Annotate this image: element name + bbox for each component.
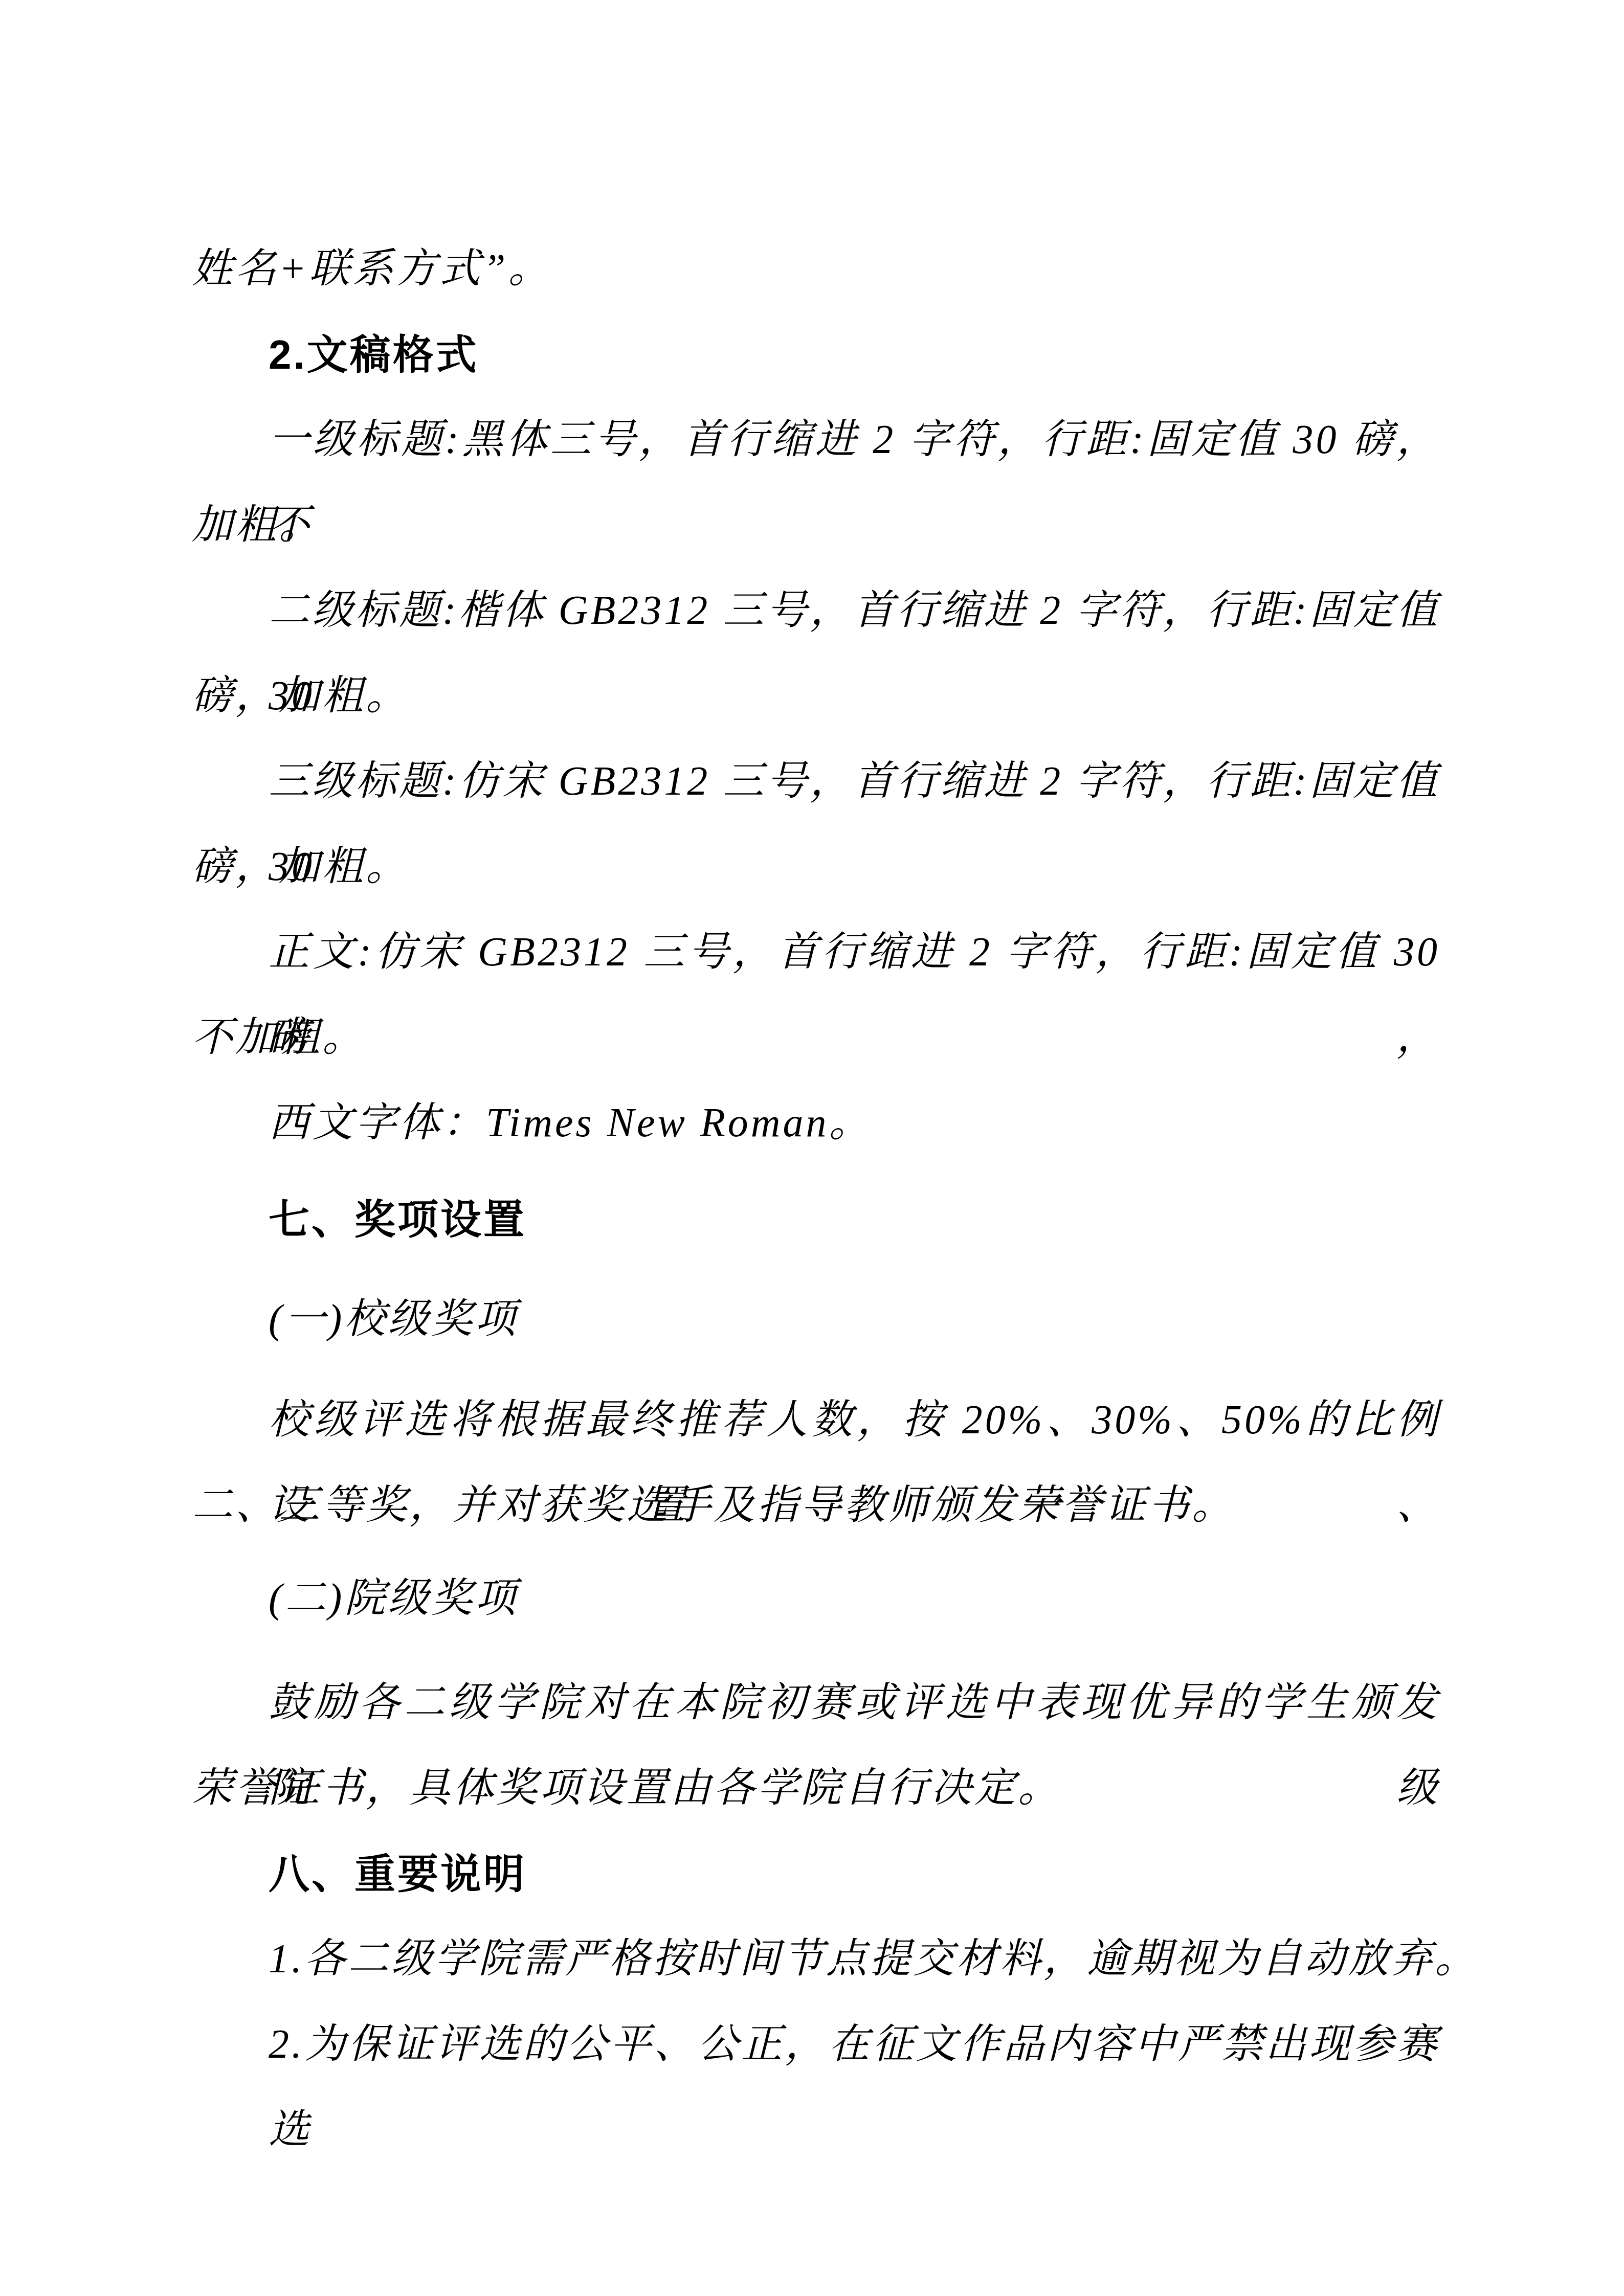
paragraph: 1.各二级学院需严格按时间节点提交材料，逾期视为自动放弃。 xyxy=(192,1917,1440,2002)
text-line: 二级标题:楷体 GB2312 三号，首行缩进 2 字符，行距:固定值 30 xyxy=(192,568,1440,654)
paragraph: 三级标题:仿宋 GB2312 三号，首行缩进 2 字符，行距:固定值 30 磅，… xyxy=(192,739,1440,910)
paragraph: 二级标题:楷体 GB2312 三号，首行缩进 2 字符，行距:固定值 30 磅，… xyxy=(192,568,1440,739)
heading-line: 八、重要说明 xyxy=(192,1831,1440,1917)
sub-heading-paragraph: (一)校级奖项 xyxy=(192,1277,1440,1362)
heading-line: 七、奖项设置 xyxy=(192,1177,1440,1262)
paragraph: 正文:仿宋 GB2312 三号，首行缩进 2 字符，行距:固定值 30 磅， 不… xyxy=(192,910,1440,1081)
text-line: 校级评选将根据最终推荐人数，按 20%、30%、50%的比例设置一、 xyxy=(192,1378,1440,1463)
paragraph: 2.为保证评选的公平、公正，在征文作品内容中严禁出现参赛选 xyxy=(192,2002,1440,2087)
paragraph: 一级标题:黑体三号，首行缩进 2 字符，行距:固定值 30 磅，不 加粗。 xyxy=(192,397,1440,568)
document-page: 姓名+联系方式”。 2.文稿格式 一级标题:黑体三号，首行缩进 2 字符，行距:… xyxy=(0,0,1624,2296)
paragraph: 校级评选将根据最终推荐人数，按 20%、30%、50%的比例设置一、 二、三等奖… xyxy=(192,1378,1440,1548)
text-line: 磅，加粗。 xyxy=(192,654,1440,739)
paragraph: 西文字体：Times New Roman。 xyxy=(192,1081,1440,1166)
text-line: 磅，加粗。 xyxy=(192,824,1440,910)
text-line: 一级标题:黑体三号，首行缩进 2 字符，行距:固定值 30 磅，不 xyxy=(192,397,1440,483)
text-line: (一)校级奖项 xyxy=(192,1277,1440,1362)
text-line: 三级标题:仿宋 GB2312 三号，首行缩进 2 字符，行距:固定值 30 xyxy=(192,739,1440,824)
paragraph-continuation: 姓名+联系方式”。 xyxy=(192,227,1440,312)
text-line: 西文字体：Times New Roman。 xyxy=(192,1081,1440,1166)
section-heading-paragraph: 八、重要说明 xyxy=(192,1831,1440,1917)
paragraph: 鼓励各二级学院对在本院初赛或评选中表现优异的学生颁发院级 荣誉证书，具体奖项设置… xyxy=(192,1660,1440,1831)
page-content: 姓名+联系方式”。 2.文稿格式 一级标题:黑体三号，首行缩进 2 字符，行距:… xyxy=(192,227,1440,2087)
text-line: (二)院级奖项 xyxy=(192,1556,1440,1641)
sub-heading-paragraph: (二)院级奖项 xyxy=(192,1556,1440,1641)
text-line: 2.为保证评选的公平、公正，在征文作品内容中严禁出现参赛选 xyxy=(192,2002,1440,2087)
heading-line: 2.文稿格式 xyxy=(192,312,1440,397)
text-line: 姓名+联系方式”。 xyxy=(192,227,1440,312)
text-line: 鼓励各二级学院对在本院初赛或评选中表现优异的学生颁发院级 xyxy=(192,1660,1440,1746)
text-line: 1.各二级学院需严格按时间节点提交材料，逾期视为自动放弃。 xyxy=(192,1917,1440,2002)
text-line: 正文:仿宋 GB2312 三号，首行缩进 2 字符，行距:固定值 30 磅， xyxy=(192,910,1440,995)
section-heading-paragraph: 七、奖项设置 xyxy=(192,1177,1440,1262)
text-line: 加粗。 xyxy=(192,483,1440,568)
section-heading-paragraph: 2.文稿格式 xyxy=(192,312,1440,397)
